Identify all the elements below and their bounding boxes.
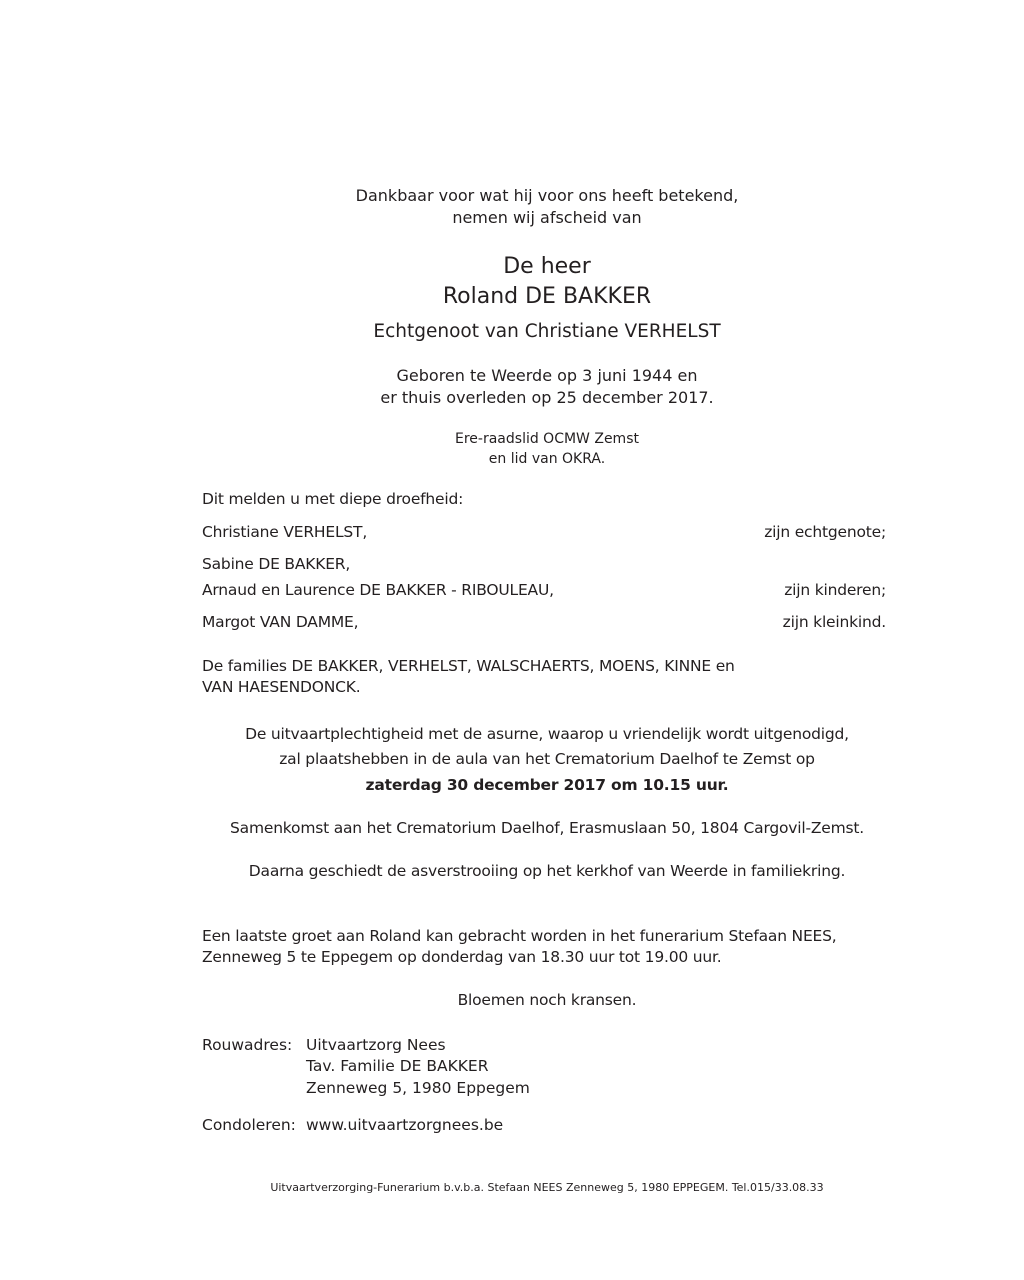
- families-line-2: VAN HAESENDONCK.: [202, 676, 360, 698]
- deceased-spouse: Echtgenoot van Christiane VERHELST: [0, 320, 1024, 344]
- relative-name: Margot VAN DAMME,: [202, 611, 358, 633]
- visitation-line-1: Een laatste groet aan Roland kan gebrach…: [202, 925, 837, 947]
- ceremony-line-2: zal plaatshebben in de aula van het Crem…: [0, 748, 1024, 770]
- ceremony-date: zaterdag 30 december 2017 om 10.15 uur.: [0, 774, 1024, 796]
- address-line: Tav. Familie DE BAKKER: [306, 1055, 488, 1077]
- condolences-label: Condoleren:: [202, 1114, 296, 1136]
- gathering-info: Samenkomst aan het Crematorium Daelhof, …: [0, 817, 1024, 839]
- flowers-note: Bloemen noch kransen.: [0, 989, 1024, 1011]
- membership-line-1: Ere-raadslid OCMW Zemst: [0, 429, 1024, 449]
- birth-line: Geboren te Weerde op 3 juni 1944 en: [0, 365, 1024, 387]
- announcement: Dit melden u met diepe droefheid:: [202, 488, 463, 510]
- visitation-line-2: Zenneweg 5 te Eppegem op donderdag van 1…: [202, 946, 722, 968]
- deceased-title: De heer: [0, 252, 1024, 282]
- families-line-1: De families DE BAKKER, VERHELST, WALSCHA…: [202, 655, 735, 677]
- deceased-name: Roland DE BAKKER: [0, 282, 1024, 312]
- intro-line-1: Dankbaar voor wat hij voor ons heeft bet…: [0, 185, 1024, 207]
- death-line: er thuis overleden op 25 december 2017.: [0, 387, 1024, 409]
- scattering-info: Daarna geschiedt de asverstrooiing op he…: [0, 860, 1024, 882]
- footer-company-info: Uitvaartverzorging-Funerarium b.v.b.a. S…: [0, 1181, 1024, 1195]
- intro-line-2: nemen wij afscheid van: [0, 207, 1024, 229]
- ceremony-line-1: De uitvaartplechtigheid met de asurne, w…: [0, 723, 1024, 745]
- address-line: Uitvaartzorg Nees: [306, 1034, 446, 1056]
- relative-relation: zijn echtgenote;: [764, 521, 886, 543]
- address-label: Rouwadres:: [202, 1034, 292, 1056]
- relative-name: Arnaud en Laurence DE BAKKER - RIBOULEAU…: [202, 579, 554, 601]
- condolences-link[interactable]: www.uitvaartzorgnees.be: [306, 1114, 503, 1136]
- relative-relation: zijn kleinkind.: [783, 611, 886, 633]
- relative-relation: zijn kinderen;: [784, 579, 886, 601]
- relative-name: Sabine DE BAKKER,: [202, 553, 350, 575]
- address-line: Zenneweg 5, 1980 Eppegem: [306, 1077, 530, 1099]
- relative-name: Christiane VERHELST,: [202, 521, 367, 543]
- membership-line-2: en lid van OKRA.: [0, 449, 1024, 469]
